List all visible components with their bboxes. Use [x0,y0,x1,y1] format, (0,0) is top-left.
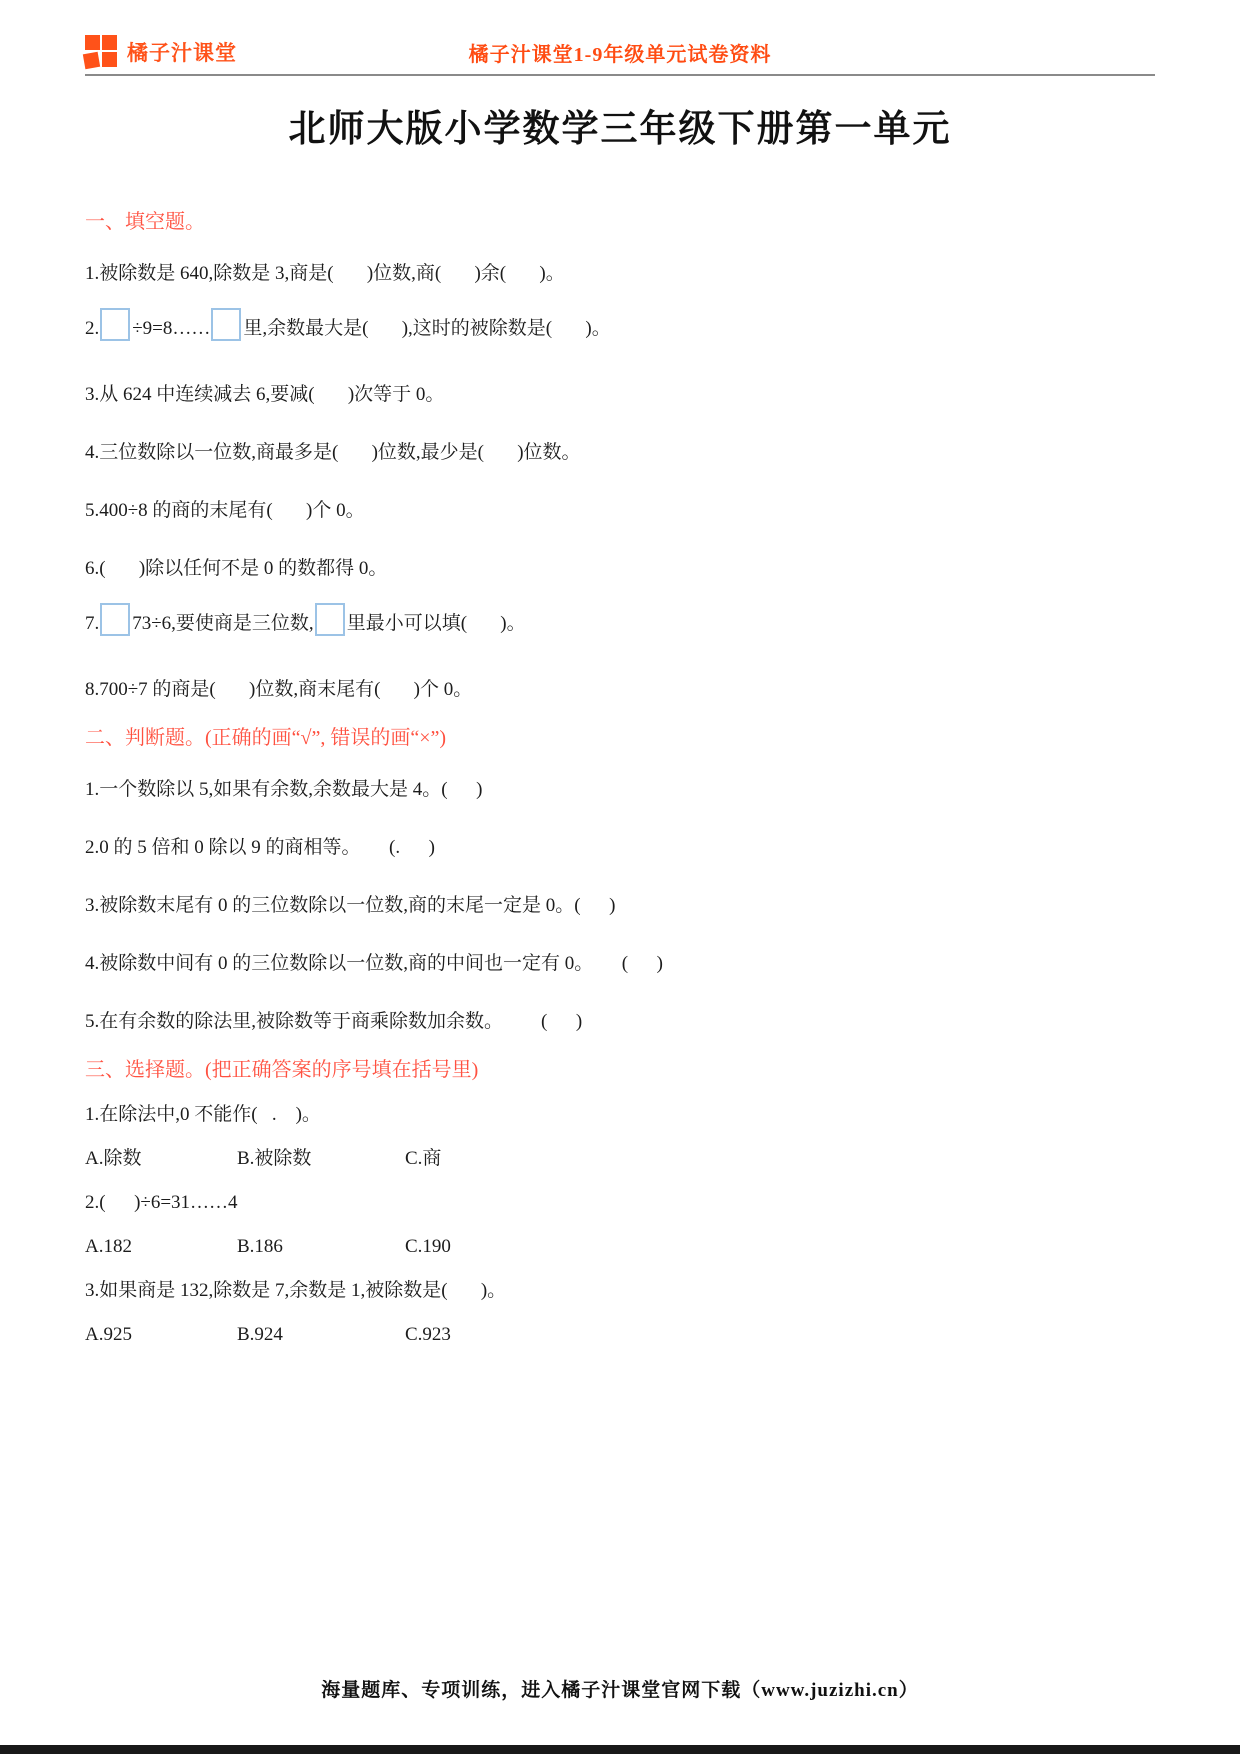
question-text: ÷9=8…… [132,318,210,339]
option-b: B.924 [237,1322,405,1347]
option-c: C.190 [405,1234,451,1259]
question-text: 里最小可以填( )。 [347,613,526,634]
answer-box [100,603,130,636]
option-a: A.182 [85,1234,237,1259]
option-b: B.186 [237,1234,405,1259]
judge-question-1: 1.一个数除以 5,如果有余数,余数最大是 4。( ) [85,777,1170,802]
fill-question-7: 7.73÷6,要使商是三位数,里最小可以填( )。 [85,603,1170,644]
choice-question-2-options: A.182B.186C.190 [85,1234,1170,1259]
option-a: A.除数 [85,1146,237,1171]
answer-box [315,603,345,636]
section2-heading-note: (正确的画“√”, 错误的画“×”) [205,727,446,749]
page-bottom-bar [0,1745,1240,1754]
fill-question-4: 4.三位数除以一位数,商最多是( )位数,最少是( )位数。 [85,440,1170,465]
choice-question-3-options: A.925B.924C.923 [85,1322,1170,1347]
footer-text: 海量题库、专项训练，进入橘子汁课堂官网下载（www.juzizhi.cn） [0,1675,1240,1702]
question-text: 73÷6,要使商是三位数, [132,613,313,634]
judge-question-2: 2.0 的 5 倍和 0 除以 9 的商相等。 (. ) [85,835,1170,860]
judge-question-5: 5.在有余数的除法里,被除数等于商乘除数加余数。 ( ) [85,1009,1170,1034]
choice-question-1: 1.在除法中,0 不能作( . )。 [85,1102,1170,1127]
judge-question-4: 4.被除数中间有 0 的三位数除以一位数,商的中间也一定有 0。 ( ) [85,951,1170,976]
fill-question-6: 6.( )除以任何不是 0 的数都得 0。 [85,556,1170,581]
header-center-title: 橘子汁课堂1-9年级单元试卷资料 [85,38,1155,67]
choice-question-2: 2.( )÷6=31……4 [85,1190,1170,1215]
document-title: 北师大版小学数学三年级下册第一单元 [0,98,1240,152]
fill-question-5: 5.400÷8 的商的末尾有( )个 0。 [85,498,1170,523]
question-text: 2. [85,318,99,339]
answer-box [211,308,241,341]
section2-heading-main: 二、判断题。 [85,727,205,749]
fill-question-3: 3.从 624 中连续减去 6,要减( )次等于 0。 [85,382,1170,407]
answer-box [100,308,130,341]
option-c: C.923 [405,1322,451,1347]
judge-question-3: 3.被除数末尾有 0 的三位数除以一位数,商的末尾一定是 0。( ) [85,893,1170,918]
section2-heading: 二、判断题。(正确的画“√”, 错误的画“×”) [85,726,1170,751]
worksheet-page: 橘子汁课堂 橘子汁课堂1-9年级单元试卷资料 北师大版小学数学三年级下册第一单元… [0,0,1240,1754]
option-c: C.商 [405,1146,441,1171]
choice-question-3: 3.如果商是 132,除数是 7,余数是 1,被除数是( )。 [85,1278,1170,1303]
fill-question-8: 8.700÷7 的商是( )位数,商末尾有( )个 0。 [85,677,1170,702]
page-header: 橘子汁课堂 橘子汁课堂1-9年级单元试卷资料 [85,30,1155,76]
fill-question-1: 1.被除数是 640,除数是 3,商是( )位数,商( )余( )。 [85,261,1170,286]
question-text: 里,余数最大是( ),这时的被除数是( )。 [243,318,610,339]
option-a: A.925 [85,1322,237,1347]
fill-question-2: 2.÷9=8……里,余数最大是( ),这时的被除数是( )。 [85,308,1170,349]
worksheet-body: 一、填空题。 1.被除数是 640,除数是 3,商是( )位数,商( )余( )… [85,210,1170,1347]
section3-heading-note: (把正确答案的序号填在括号里) [205,1059,478,1081]
question-text: 7. [85,613,99,634]
section3-heading-main: 三、选择题。 [85,1059,205,1081]
section1-heading: 一、填空题。 [85,210,1170,235]
choice-question-1-options: A.除数B.被除数C.商 [85,1146,1170,1171]
option-b: B.被除数 [237,1146,405,1171]
section3-heading: 三、选择题。(把正确答案的序号填在括号里) [85,1058,1170,1083]
